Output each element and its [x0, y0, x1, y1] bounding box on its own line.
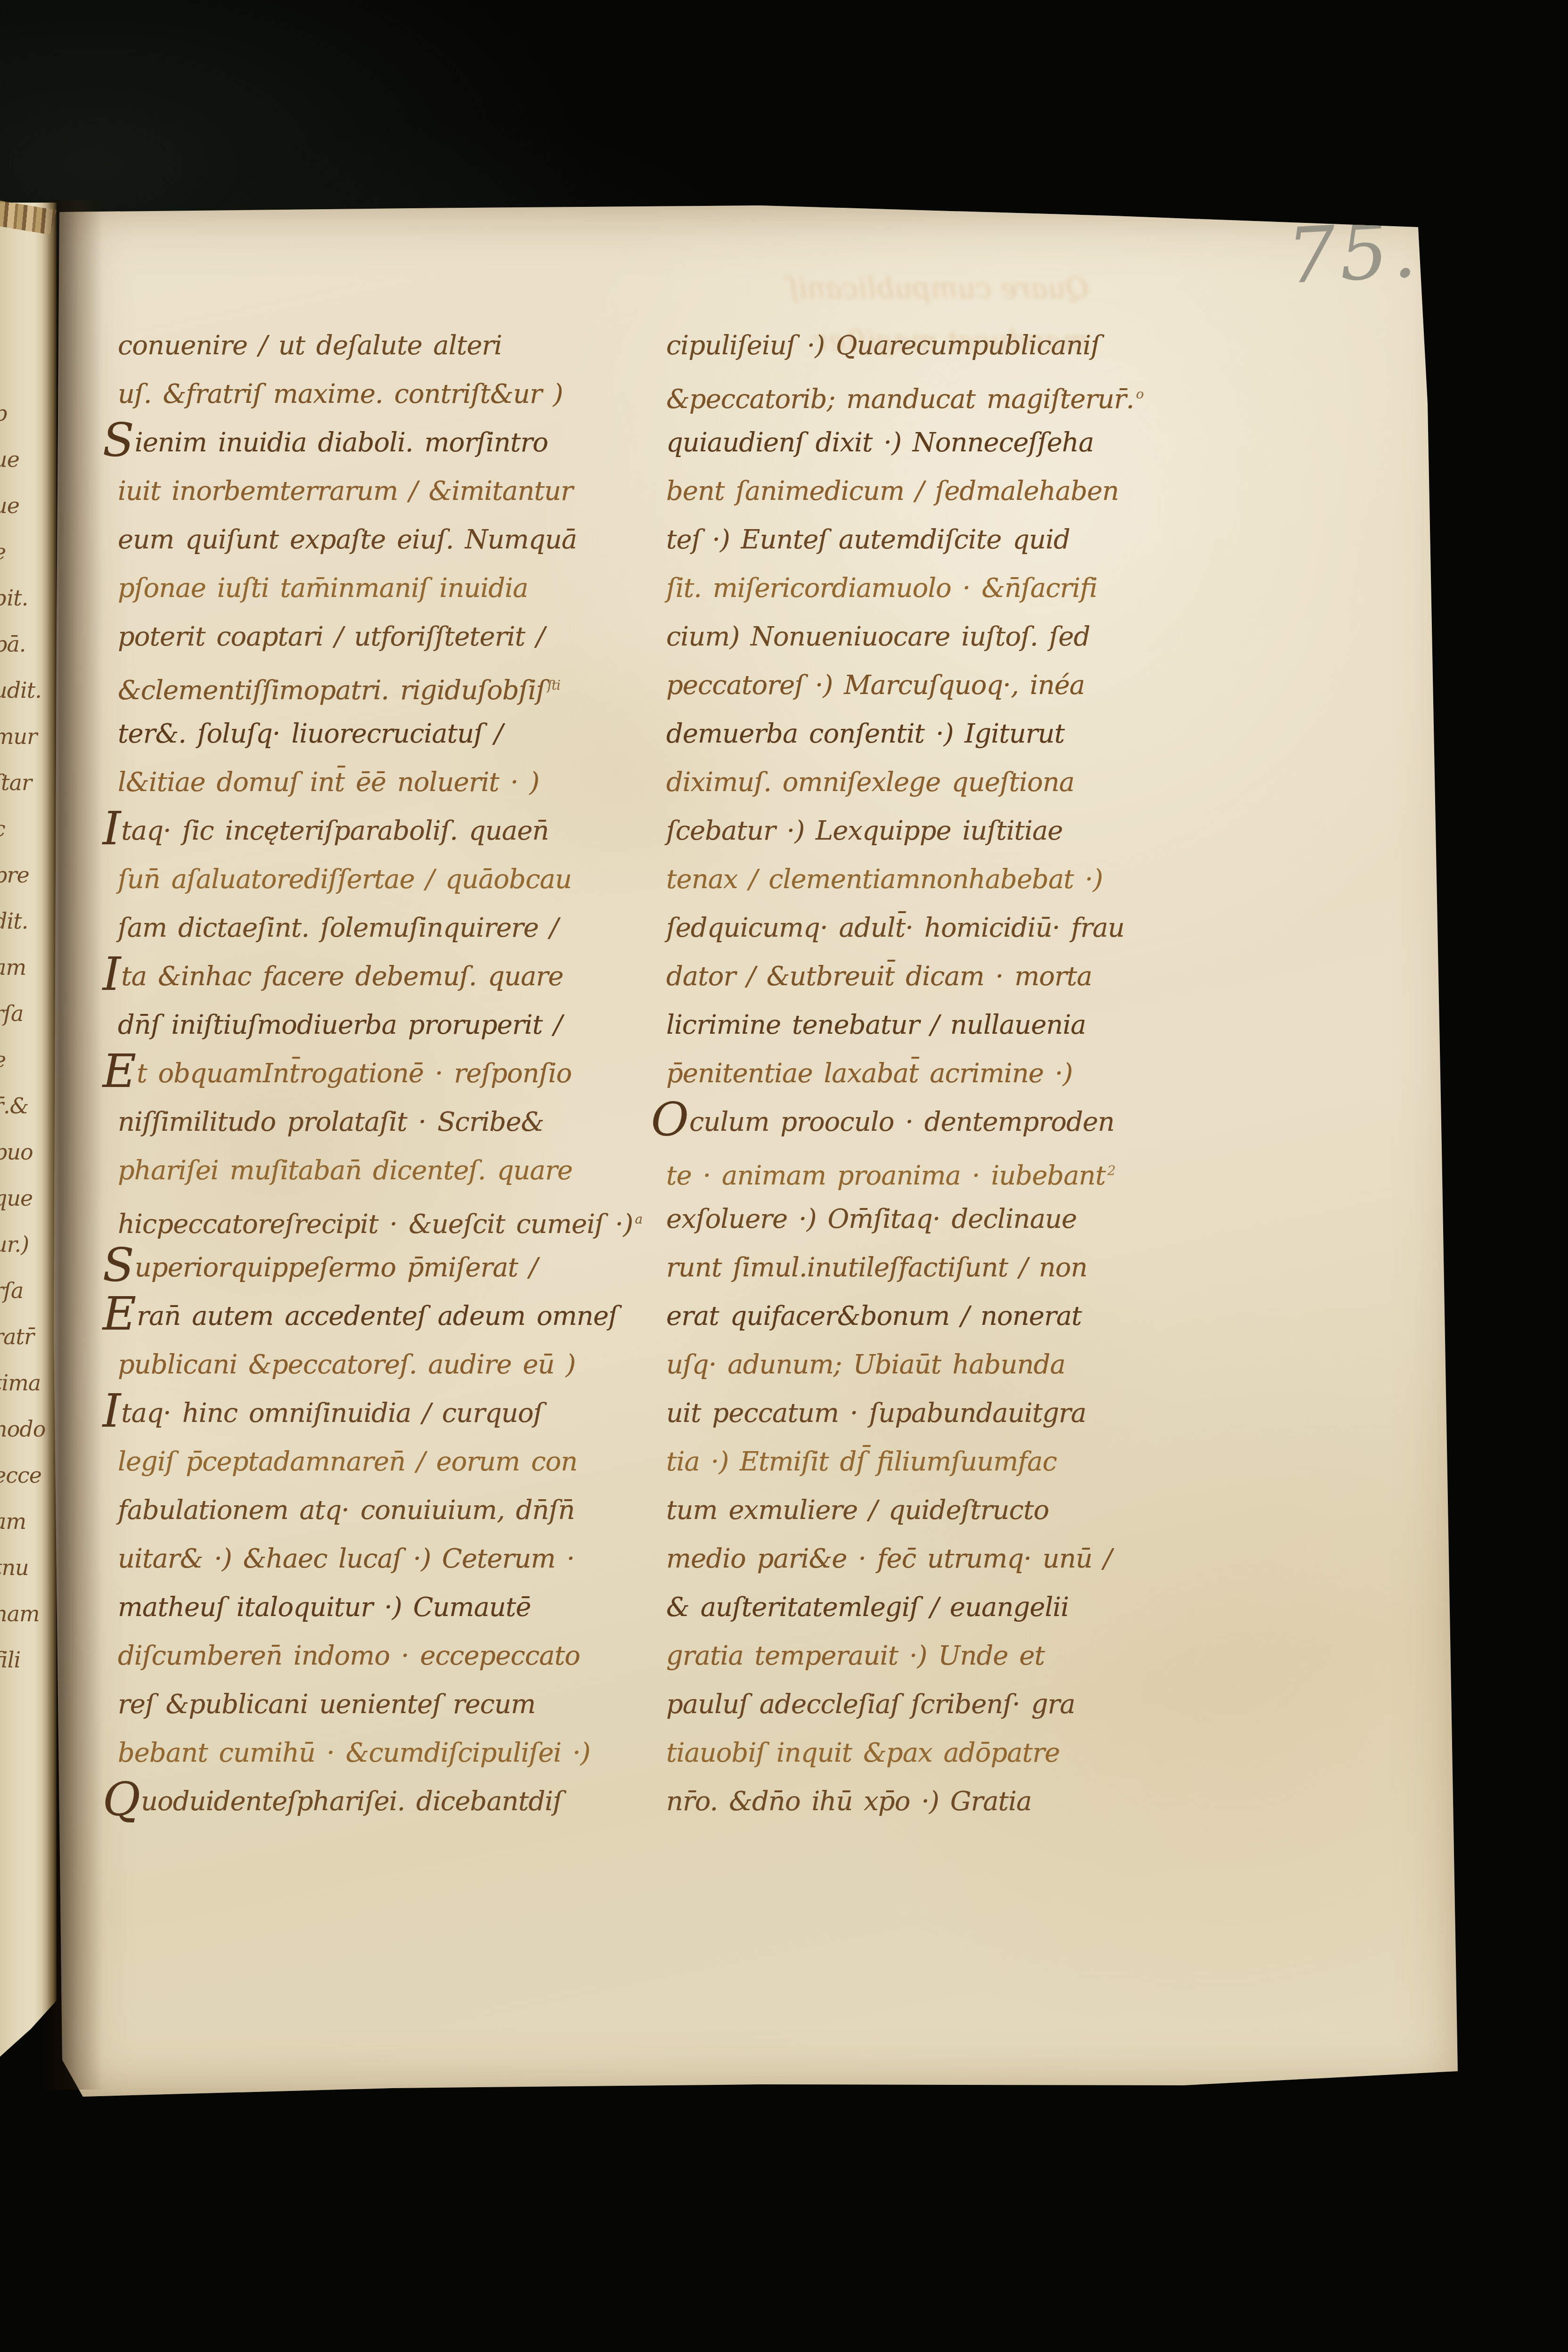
initial-capital: Q: [103, 1779, 140, 1820]
manuscript-line: publicani &peccatoreſ. audire eū ): [118, 1340, 643, 1389]
manuscript-line: diximuſ. omniſexlege queſtiona: [666, 758, 1239, 807]
manuscript-line: hicpeccatoreſrecipit · &ueſcit cumeiſ ·)…: [118, 1195, 643, 1243]
manuscript-line: & auſteritatemlegiſ / euangelii: [666, 1583, 1239, 1632]
manuscript-line: ſun̄ aſaluatorediſſertae / quāobcau: [118, 855, 643, 904]
initial-capital: E: [103, 1293, 136, 1335]
manuscript-photo: pueueebit.pā.udit.murſtarcpredit.amrſaer…: [0, 0, 1568, 2352]
interlinear-gloss: o: [1136, 386, 1143, 402]
manuscript-line: diſcumberen̄ indomo · eccepeccato: [118, 1632, 643, 1680]
manuscript-line: pſonae iuſti tam̄inmaniſ inuidia: [118, 564, 643, 612]
manuscript-line: quiaudienſ dixit ·) Nonneceſſeha: [666, 418, 1239, 467]
initial-capital: I: [103, 954, 121, 995]
interlinear-gloss: a: [635, 1211, 642, 1227]
manuscript-line: medio pari&e · fec̄ utrumq· unū /: [666, 1535, 1239, 1583]
manuscript-line: Sienim inuidia diaboli. morſintro: [118, 418, 643, 467]
manuscript-line: fabulationem atq· conuiuium, dn̄ſn̄: [118, 1486, 643, 1535]
manuscript-line: Ita &inhac facere debemuſ. quare: [118, 952, 643, 1001]
manuscript-line: phariſei muſitaban̄ dicenteſ. quare: [118, 1146, 643, 1195]
initial-capital: S: [103, 420, 134, 461]
manuscript-line: dn̄ſ iniſtiuſmodiuerba proruperit /: [118, 1001, 643, 1049]
initial-capital: I: [103, 808, 121, 849]
manuscript-line: runt ſimul.inutileſfactiſunt / non: [666, 1243, 1239, 1292]
manuscript-line: tum exmuliere / quideſtructo: [666, 1486, 1239, 1535]
manuscript-line: tiauobiſ inquit &pax adōpatre: [666, 1729, 1239, 1777]
manuscript-line: matheuſ italoquitur ·) Cumautē: [118, 1583, 643, 1632]
initial-capital: E: [103, 1051, 136, 1092]
parchment-page: Quare cumpublicaniſmanducat magiſter 75.…: [53, 205, 1462, 2100]
manuscript-line: erat quifacer&bonum / nonerat: [666, 1292, 1239, 1340]
manuscript-line: Itaq· hinc omniſinuidia / curquoſ: [118, 1389, 643, 1437]
manuscript-line: Quoduidenteſphariſei. dicebantdiſ: [118, 1777, 643, 1826]
manuscript-line: bebant cumihū · &cumdiſcipuliſei ·): [118, 1729, 643, 1777]
manuscript-line: peccatoreſ ·) Marcuſquoq·, inéa: [666, 661, 1239, 710]
manuscript-line: conuenire / ut deſalute alteri: [118, 321, 643, 370]
text-column-right: cipuliſeiuſ ·) Quarecumpublicaniſ&peccat…: [666, 321, 1239, 1826]
manuscript-line: tenax / clementiamnonhabebat ·): [666, 855, 1239, 904]
manuscript-line: nr̄o. &dn̄o ihū xp̄o ·) Gratia: [666, 1777, 1239, 1826]
manuscript-line: exſoluere ·) Om̄ſitaq· declinaue: [666, 1195, 1239, 1243]
manuscript-line: Superiorquippeſermo p̄miſerat /: [118, 1243, 643, 1292]
manuscript-line: poterit coaptari / utforiſſteterit /: [118, 612, 643, 661]
initial-capital: I: [103, 1390, 121, 1432]
manuscript-line: te · animam proanima · iubebant2: [666, 1146, 1239, 1195]
manuscript-line: dator / &utbreuit̄ dicam · morta: [666, 952, 1239, 1001]
manuscript-line: ſit. miſericordiamuolo · &n̄ſacrifi: [666, 564, 1239, 612]
manuscript-line: Et obquamInt̄rogationē · reſponſio: [118, 1049, 643, 1098]
manuscript-line: licrimine tenebatur / nullauenia: [666, 1001, 1239, 1049]
text-column-left: conuenire / ut deſalute alteriuſ. &fratr…: [118, 321, 643, 1826]
manuscript-line: bent ſanimedicum / ſedmalehaben: [666, 467, 1239, 515]
manuscript-line: ſcebatur ·) Lexquippe iuſtitiae: [666, 807, 1239, 855]
manuscript-line: niſſimilitudo prolataſit · Scribe&: [118, 1098, 643, 1146]
manuscript-line: pauluſ adeccleſiaſ ſcribenſ· gra: [666, 1680, 1239, 1729]
manuscript-line: reſ &publicani uenienteſ recum: [118, 1680, 643, 1729]
manuscript-line: ter&. ſoluſq· liuorecruciatuſ /: [118, 710, 643, 758]
manuscript-line: legiſ p̄ceptadamnaren̄ / eorum con: [118, 1437, 643, 1486]
manuscript-line: l&itiae domuſ int̄ ēē noluerit · ): [118, 758, 643, 807]
initial-capital: S: [103, 1245, 134, 1286]
manuscript-line: Oculum prooculo · dentemproden: [666, 1098, 1239, 1146]
manuscript-line: demuerba conſentit ·) Igiturut: [666, 710, 1239, 758]
manuscript-line: p̄enitentiae laxabat̄ acrimine ·): [666, 1049, 1239, 1098]
gutter-shadow: [41, 200, 103, 2090]
manuscript-line: cium) Nonueniuocare iuſtoſ. ſed: [666, 612, 1239, 661]
manuscript-line: teſ ·) Eunteſ autemdiſcite quid: [666, 515, 1239, 564]
manuscript-line: ſam dictaeſint. ſolemuſinquirere /: [118, 904, 643, 952]
manuscript-line: Eran̄ autem accedenteſ adeum omneſ: [118, 1292, 643, 1340]
manuscript-line: &clementiſſimopatri. rigiduſobſiſſti: [118, 661, 643, 710]
manuscript-line: tia ·) Etmiſit dſ̄ filiumſuumfac: [666, 1437, 1239, 1486]
initial-capital: O: [651, 1099, 688, 1141]
manuscript-line: cipuliſeiuſ ·) Quarecumpublicaniſ: [666, 321, 1239, 370]
manuscript-line: Itaq· ſic incęteriſparaboliſ. quaen̄: [118, 807, 643, 855]
manuscript-line: &peccatorib; manducat magiſterur̄.o: [666, 370, 1239, 418]
manuscript-line: gratia temperauit ·) Unde et: [666, 1632, 1239, 1680]
manuscript-line: uſ. &fratriſ maxime. contriſt&ur ): [118, 370, 643, 418]
interlinear-gloss: ſti: [547, 678, 560, 693]
manuscript-line: eum quiſunt expaſte eiuſ. Numquā: [118, 515, 643, 564]
manuscript-line: ſedquicumq· adult̄· homicidiū· frau: [666, 904, 1239, 952]
manuscript-line: uit peccatum · ſupabundauitgra: [666, 1389, 1239, 1437]
manuscript-line: uſq· adunum; Ubiaūt habunda: [666, 1340, 1239, 1389]
interlinear-gloss: 2: [1107, 1163, 1115, 1178]
manuscript-line: uitar& ·) &haec lucaſ ·) Ceterum ·: [118, 1535, 643, 1583]
show-through-line: Quare cumpublicaniſ: [788, 262, 1089, 315]
manuscript-line: iuit inorbemterrarum / &imitantur: [118, 467, 643, 515]
